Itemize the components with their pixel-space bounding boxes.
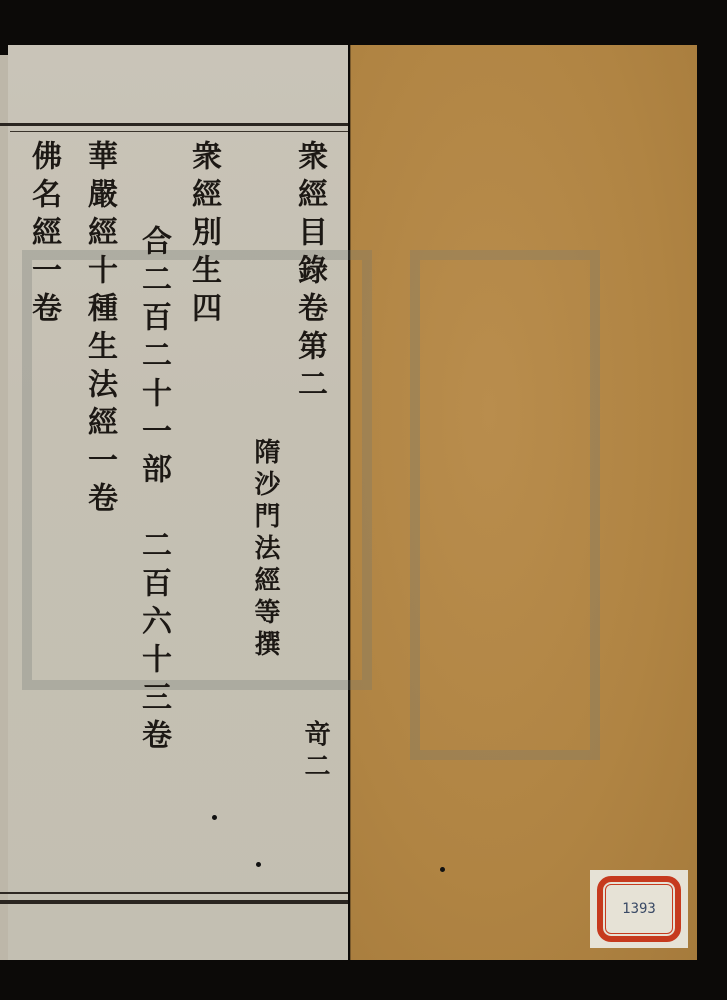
top-border-rule [0,123,348,126]
author-column: 隋沙門法經等撰 [248,438,282,662]
entry-2: 佛名經一卷 [26,140,60,330]
top-inner-rule [10,131,348,132]
ink-dot [212,815,217,820]
summary-line: 合二百二十一部 二百六十三卷 [136,225,170,757]
catalog-number: 1393 [622,901,656,917]
bottom-inner-rule [0,892,348,894]
book-cover [350,45,697,960]
leaf-marker: 竒二 [298,720,332,784]
section-title: 衆經別生四 [186,140,220,330]
title-column: 衆經目錄卷第二 [292,140,326,406]
ink-dot [440,867,445,872]
bottom-border-rule [0,900,348,904]
catalog-label: 1393 [590,870,688,948]
entry-1: 華嚴經十種生法經一卷 [82,140,116,520]
catalog-label-border: 1393 [597,876,681,942]
ink-dot [256,862,261,867]
